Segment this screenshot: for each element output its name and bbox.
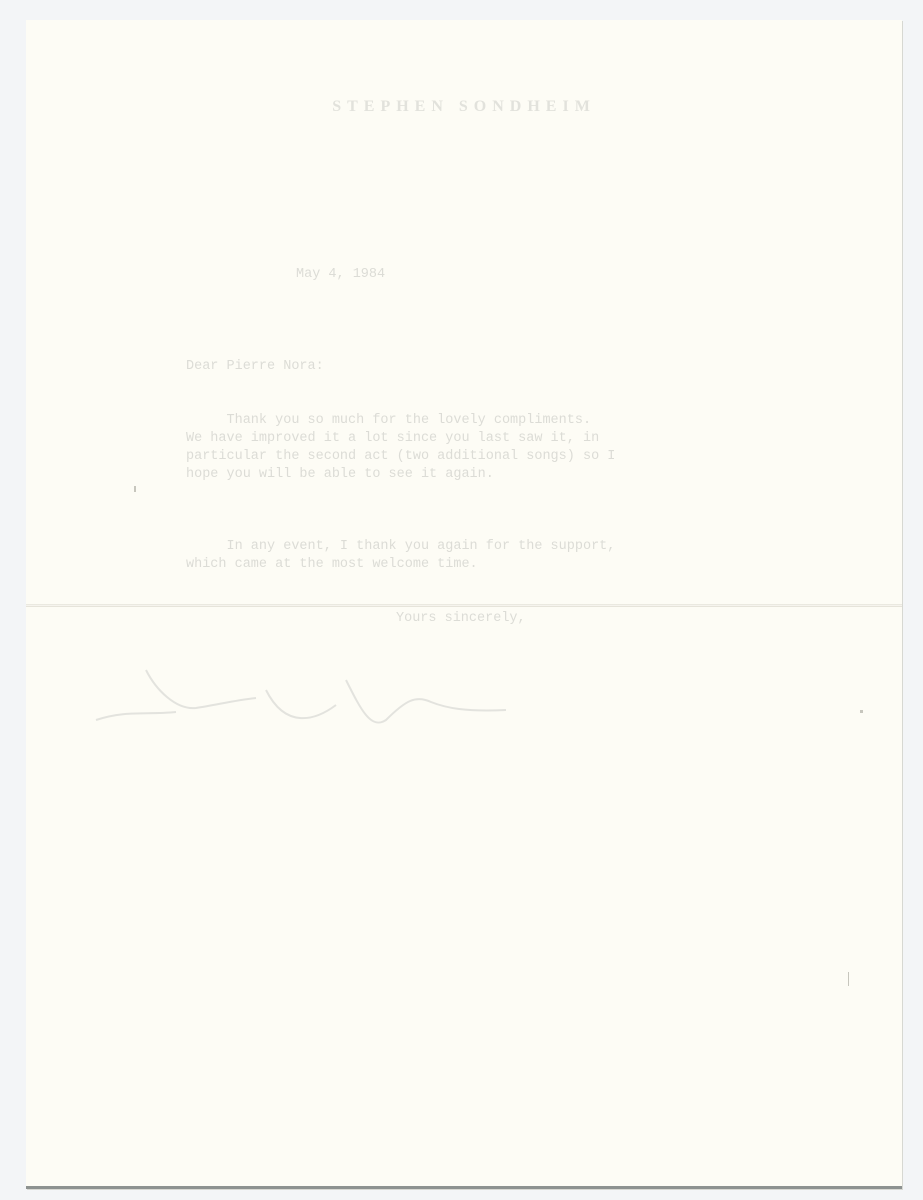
salutation: Dear Pierre Nora:	[186, 358, 324, 376]
letterhead: STEPHEN SONDHEIM	[26, 98, 902, 116]
letter-date: May 4, 1984	[296, 266, 385, 284]
pencil-mark	[848, 972, 849, 986]
body-paragraph-2: In any event, I thank you again for the …	[186, 538, 615, 574]
fold-crease	[26, 604, 902, 607]
body-paragraph-1: Thank you so much for the lovely complim…	[186, 412, 615, 484]
pencil-mark	[134, 486, 136, 492]
pencil-mark	[860, 710, 863, 713]
letter-page: STEPHEN SONDHEIM May 4, 1984 Dear Pierre…	[26, 20, 902, 1189]
signature-icon	[86, 650, 546, 760]
closing: Yours sincerely,	[396, 610, 526, 628]
